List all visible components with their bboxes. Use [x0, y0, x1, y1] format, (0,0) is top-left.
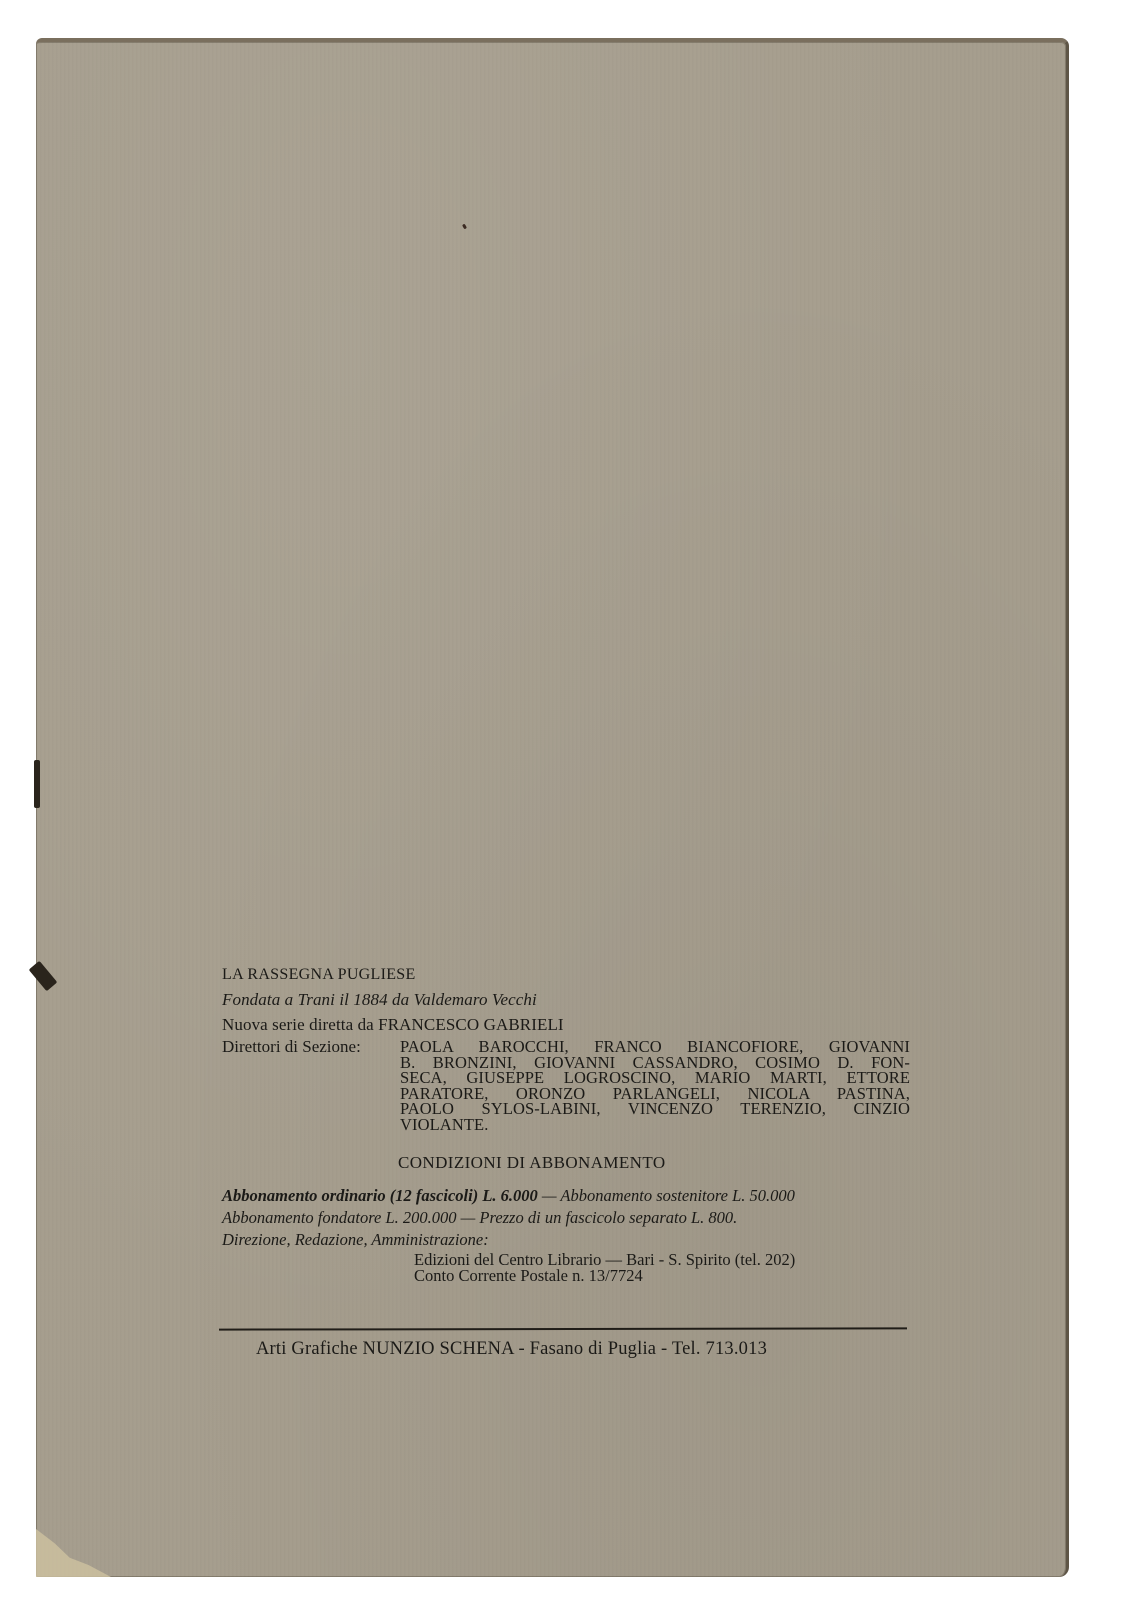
- subscription-row: Abbonamento ordinario (12 fascicoli) L. …: [222, 1186, 912, 1206]
- ordinary-subscription: Abbonamento ordinario (12 fascicoli) L. …: [222, 1186, 538, 1205]
- address-line: Conto Corrente Postale n. 13/7724: [414, 1268, 912, 1284]
- section-directors: Direttori di Sezione: PAOLA BAROCCHI, FR…: [222, 1039, 912, 1132]
- subscription-heading: CONDIZIONI DI ABBONAMENTO: [222, 1152, 912, 1174]
- directors-line: VIOLANTE.: [400, 1117, 910, 1133]
- publisher-address: Edizioni del Centro Librario — Bari - S.…: [222, 1252, 912, 1284]
- paper-speck: [462, 224, 467, 230]
- edge-stain-mark: [29, 961, 58, 991]
- colophon: LA RASSEGNA PUGLIESE Fondata a Trani il …: [222, 964, 912, 1284]
- torn-corner: [36, 1529, 111, 1577]
- horizontal-rule: [219, 1327, 907, 1330]
- back-cover-page: LA RASSEGNA PUGLIESE Fondata a Trani il …: [36, 38, 1069, 1577]
- section-directors-list: PAOLA BAROCCHI, FRANCO BIANCOFIORE, GIOV…: [400, 1039, 910, 1132]
- supporter-subscription: — Abbonamento sostenitore L. 50.000: [542, 1186, 795, 1205]
- admin-label: Direzione, Redazione, Amministrazione:: [222, 1230, 912, 1250]
- section-directors-label: Direttori di Sezione:: [222, 1039, 400, 1132]
- founded-note: Fondata a Trani il 1884 da Valdemaro Vec…: [222, 989, 912, 1011]
- printer-credit: Arti Grafiche NUNZIO SCHENA - Fasano di …: [256, 1339, 767, 1360]
- founder-subscription: Abbonamento fondatore L. 200.000 — Prezz…: [222, 1208, 912, 1228]
- journal-title: LA RASSEGNA PUGLIESE: [222, 964, 912, 986]
- subscription-conditions: Abbonamento ordinario (12 fascicoli) L. …: [222, 1186, 912, 1250]
- new-series-note: Nuova serie diretta da FRANCESCO GABRIEL…: [222, 1014, 912, 1036]
- edge-stain-mark: [34, 760, 40, 808]
